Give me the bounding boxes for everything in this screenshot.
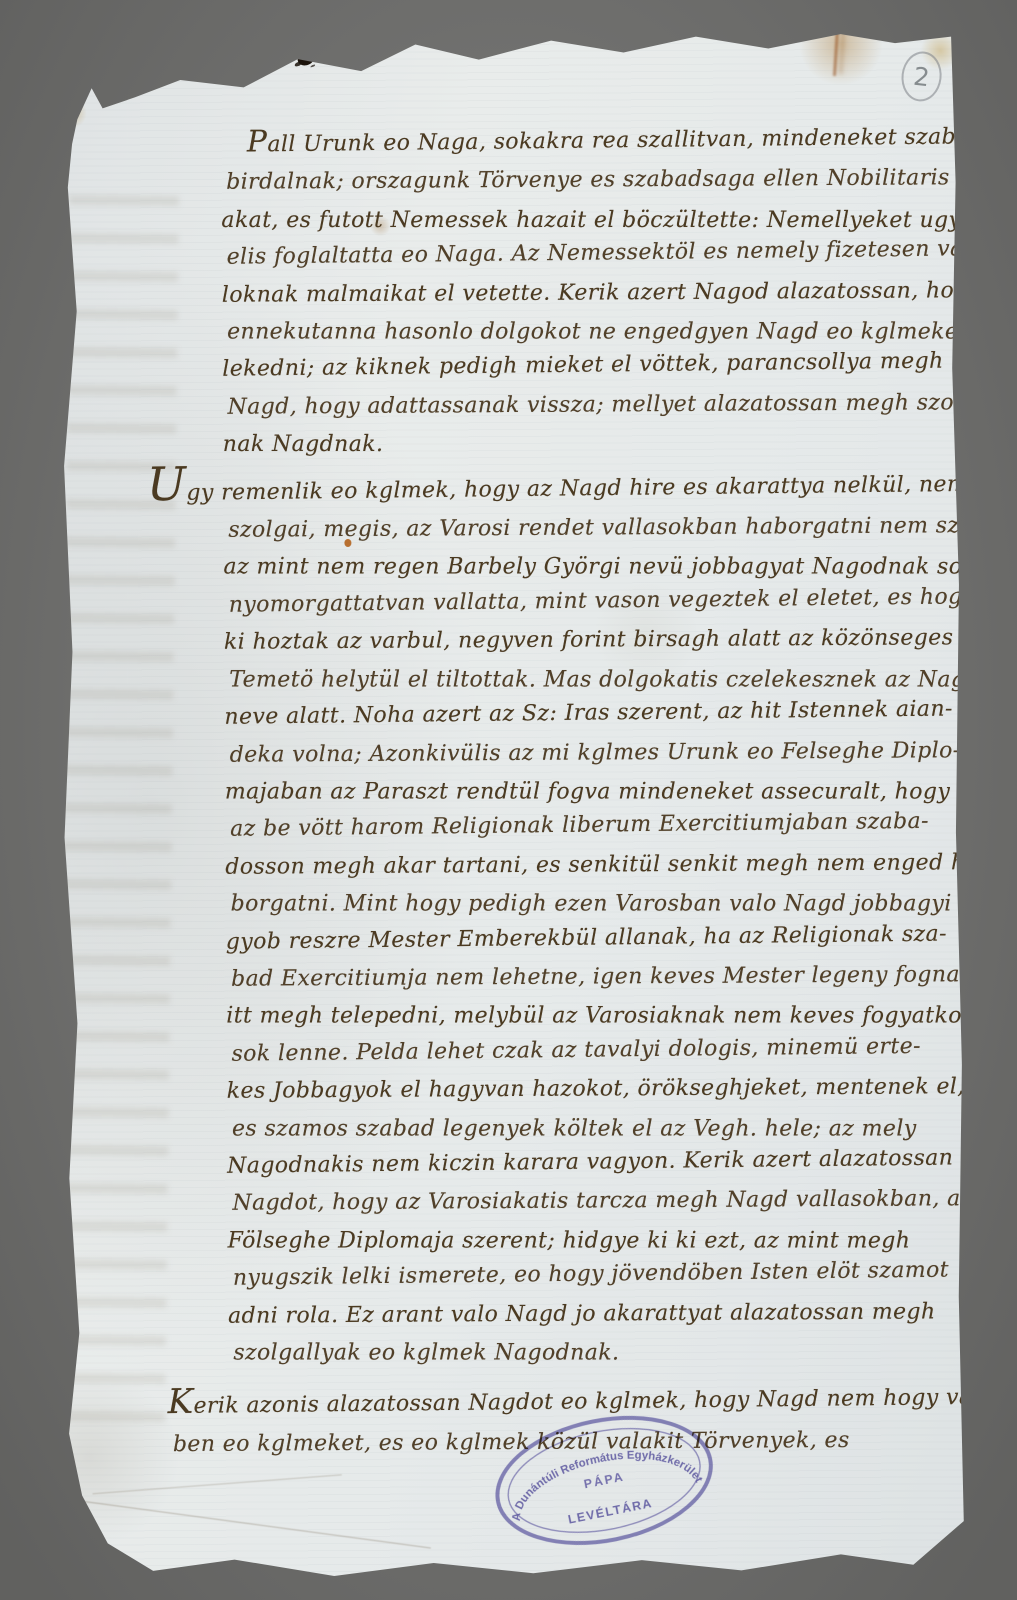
handwritten-line: az be vött harom Religionak liberum Exer… — [230, 803, 970, 849]
handwritten-line: neve alatt. Noha azert az Sz: Iras szere… — [224, 690, 969, 736]
handwritten-line: deka volna; Azonkivülis az mi kglmes Uru… — [230, 732, 970, 774]
handwritten-line: dosson megh akar tartani, es senkitül se… — [225, 844, 970, 886]
handwritten-line: szolgai, megis, az Varosi rendet vallaso… — [228, 507, 968, 549]
handwritten-line: nyugszik lelki ismerete, eo hogy jövendö… — [233, 1251, 973, 1297]
paragraph: Pall Urunk eo Naga, sokakra rea szallitv… — [221, 119, 968, 463]
handwritten-line: birdalnak; orszagunk Törvenye es szabads… — [226, 160, 966, 202]
handwritten-line: Pall Urunk eo Naga, sokakra rea szallitv… — [221, 115, 966, 164]
handwritten-line: kes Jobbagyok el hagyvan hazokot, örökse… — [227, 1068, 972, 1110]
paragraph: Ugy remenlik eo kglmek, hogy az Nagd hir… — [223, 470, 973, 1372]
photo-backdrop: 2 Pall Urunk eo Naga, sokakra rea szalli… — [0, 0, 1017, 1600]
rust-stain — [833, 30, 839, 76]
handwritten-line: lekedni; az kiknek pedigh mieket el vött… — [222, 343, 967, 389]
page-number-pencil: 2 — [899, 49, 945, 103]
handwritten-line: adni rola. Ez arant valo Nagd jo akaratt… — [228, 1293, 973, 1335]
handwritten-line: nyomorgattatvan vallatta, mint vason veg… — [229, 578, 969, 624]
verso-showthrough — [55, 182, 179, 1443]
handwritten-line: Nagdot, hogy az Varosiakatis tarcza megh… — [232, 1181, 972, 1223]
handwritten-line: Nagd, hogy adattassanak vissza; mellyet … — [227, 384, 967, 426]
stamp-city: PÁPA — [582, 1468, 625, 1491]
handwritten-line: gyob reszre Mester Emberekbül allanak, h… — [226, 915, 971, 961]
handwritten-line: nak Nagdnak. — [223, 426, 968, 463]
handwritten-line: Ugy remenlik eo kglmek, hogy az Nagd hir… — [147, 466, 968, 513]
handwritten-line: ki hoztak az varbul, negyven forint birs… — [224, 619, 969, 661]
paper-crease — [74, 1500, 431, 1549]
paper-crease — [92, 1474, 341, 1494]
manuscript-page: 2 Pall Urunk eo Naga, sokakra rea szalli… — [53, 27, 967, 1580]
ink-blot — [296, 50, 316, 67]
handwritten-line: elis foglaltatta eo Naga. Az Nemessektöl… — [226, 231, 966, 277]
handwritten-line: sok lenne. Pelda lehet czak az tavalyi d… — [231, 1027, 971, 1073]
page-number: 2 — [912, 61, 931, 92]
manuscript-text: Pall Urunk eo Naga, sokakra rea szallitv… — [166, 119, 974, 1463]
handwritten-line: szolgallyak eo kglmek Nagodnak. — [233, 1335, 973, 1372]
handwritten-line: loknak malmaikat el vetette. Kerik azert… — [222, 272, 967, 314]
handwritten-line: bad Exercitiumja nem lehetne, igen keves… — [231, 956, 971, 998]
handwritten-line: Nagodnakis nem kiczin karara vagyon. Ker… — [227, 1139, 972, 1185]
